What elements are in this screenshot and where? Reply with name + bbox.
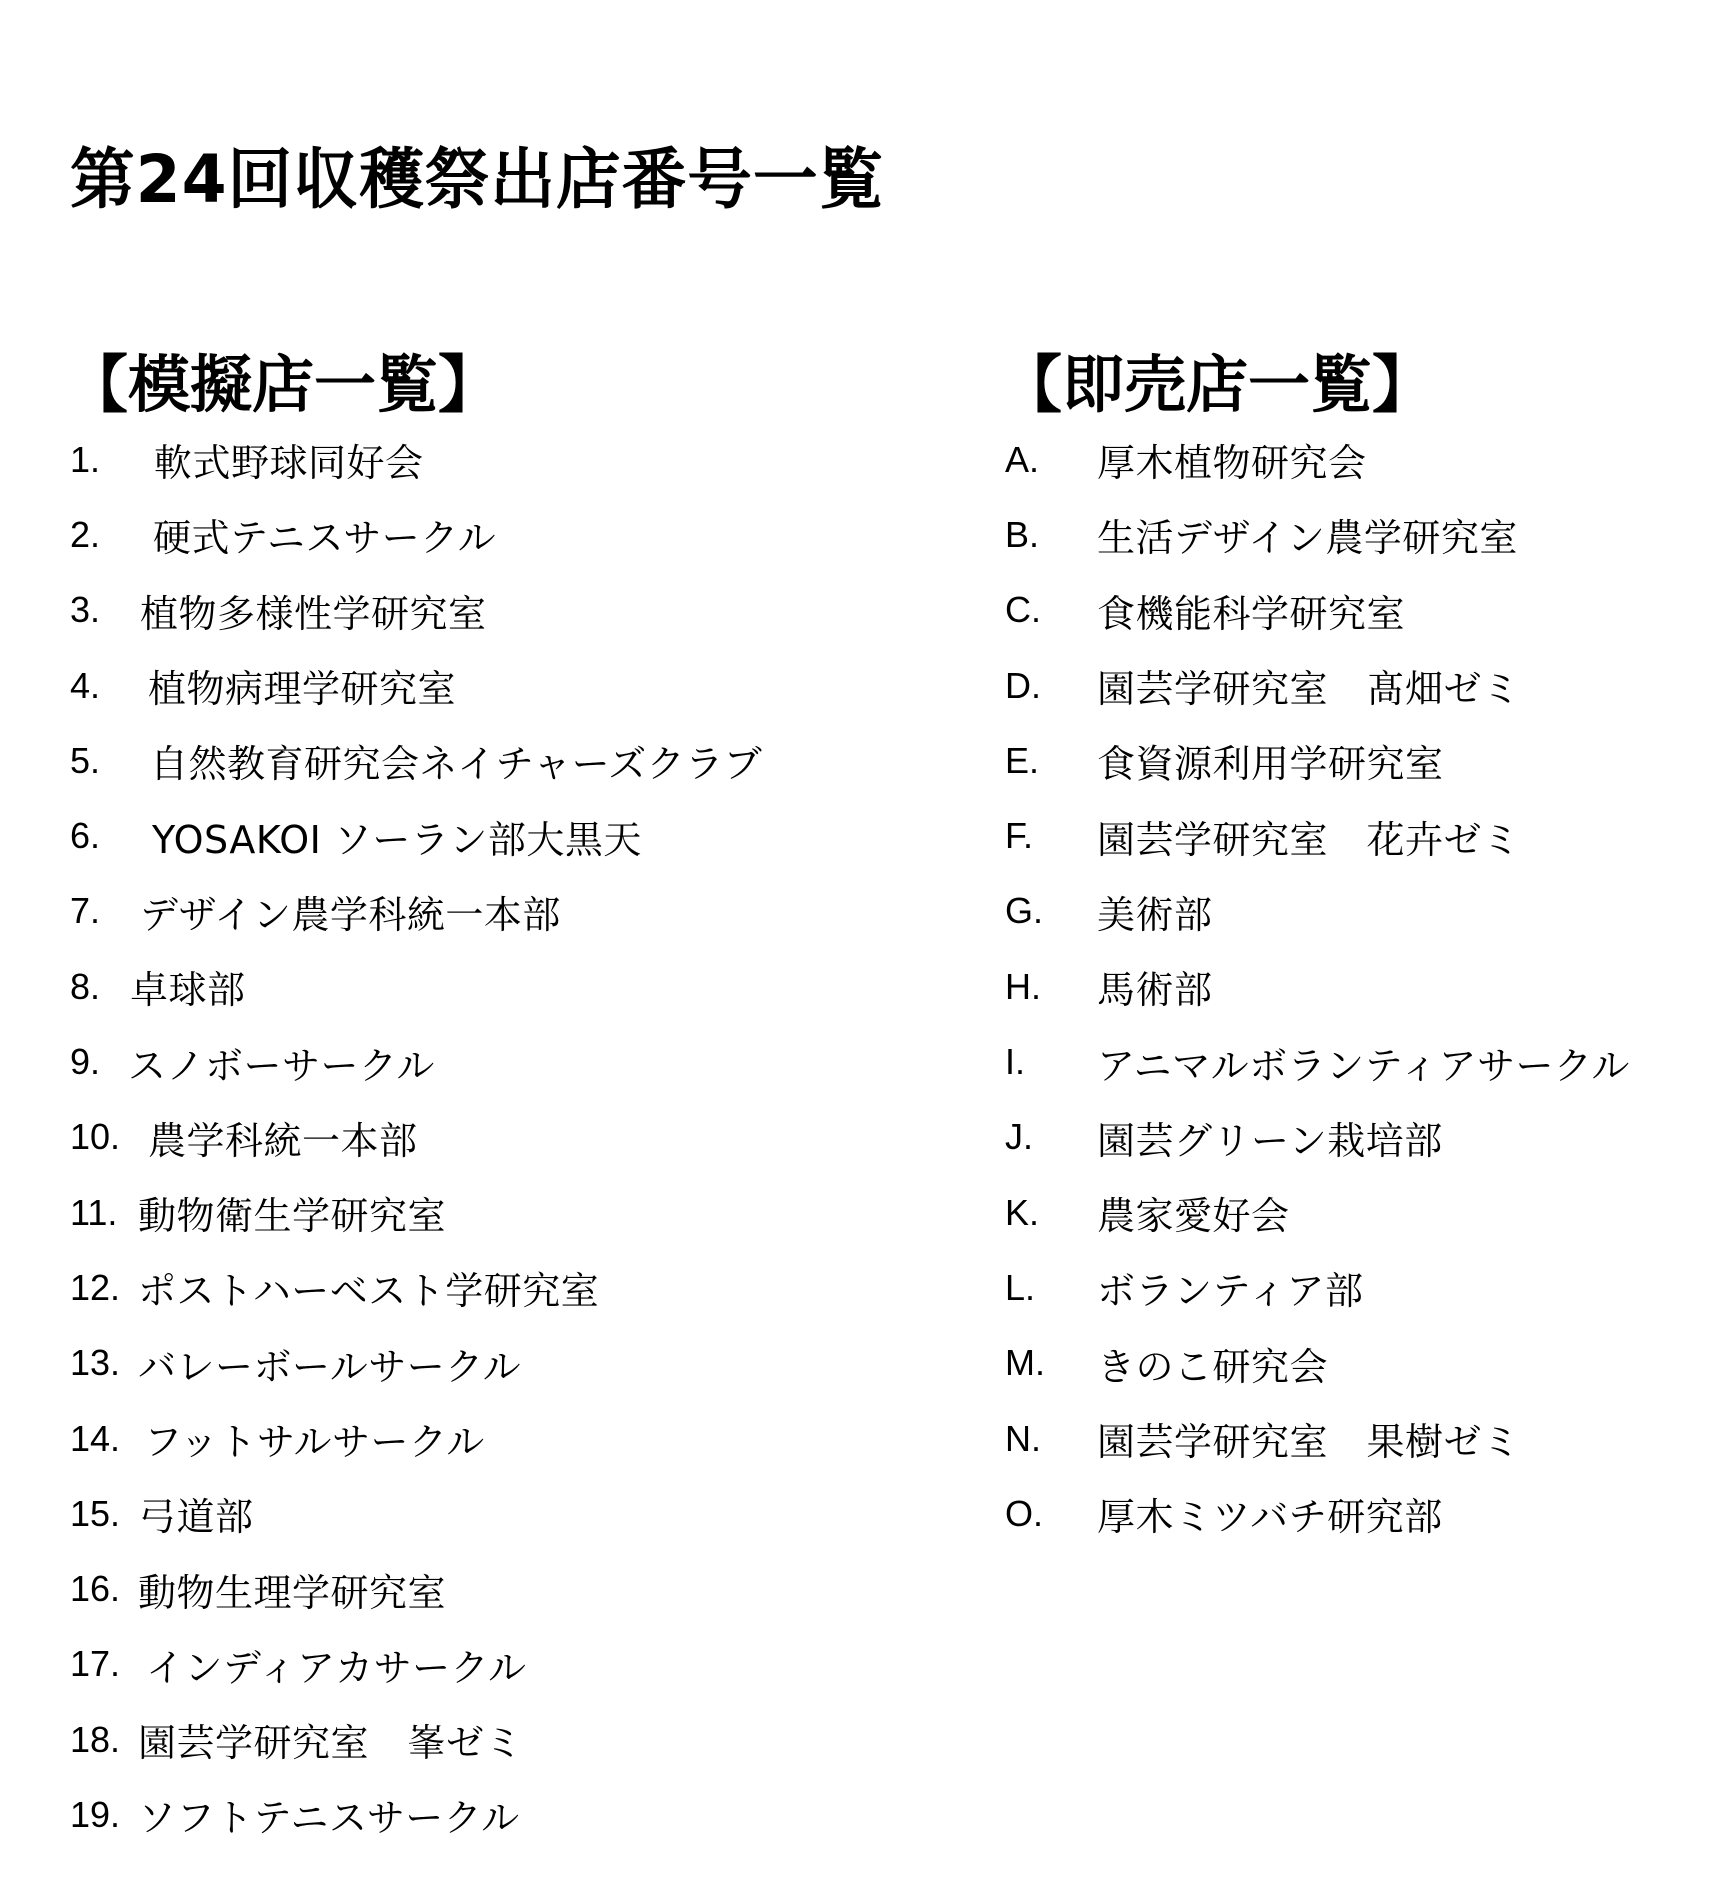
item-name: 植物病理学研究室 bbox=[148, 658, 456, 713]
list-item: 4.植物病理学研究室 bbox=[70, 648, 762, 723]
list-item: I.アニマルボランティアサークル bbox=[1005, 1024, 1630, 1099]
list-item: C.食機能科学研究室 bbox=[1005, 573, 1630, 648]
item-letter: L. bbox=[1005, 1267, 1097, 1309]
item-name: 卓球部 bbox=[130, 959, 246, 1014]
list-item: 17.インディアカサークル bbox=[70, 1627, 762, 1702]
list-item: 7.デザイン農学科統一本部 bbox=[70, 874, 762, 949]
list-item: 8.卓球部 bbox=[70, 949, 762, 1024]
item-name: YOSAKOI ソーラン部大黒天 bbox=[152, 809, 642, 864]
list-item: 2.硬式テニスサークル bbox=[70, 497, 762, 572]
item-number: 3. bbox=[70, 589, 138, 631]
item-name: きのこ研究会 bbox=[1097, 1336, 1328, 1391]
list-item: L.ボランティア部 bbox=[1005, 1250, 1630, 1325]
item-name: 園芸学研究室 髙畑ゼミ bbox=[1097, 658, 1521, 713]
list-item: 14.フットサルサークル bbox=[70, 1401, 762, 1476]
item-letter: K. bbox=[1005, 1192, 1097, 1234]
item-name: 食機能科学研究室 bbox=[1097, 583, 1405, 638]
item-name: フットサルサークル bbox=[144, 1411, 485, 1466]
item-name: 農家愛好会 bbox=[1097, 1185, 1290, 1240]
list-item: J.園芸グリーン栽培部 bbox=[1005, 1100, 1630, 1175]
item-letter: F. bbox=[1005, 815, 1097, 857]
page-title: 第24回収穫祭出店番号一覧 bbox=[70, 140, 884, 220]
mock-shops-list: 1.軟式野球同好会 2.硬式テニスサークル 3.植物多様性学研究室 4.植物病理… bbox=[70, 422, 762, 1853]
list-item: F.園芸学研究室 花卉ゼミ bbox=[1005, 798, 1630, 873]
item-number: 8. bbox=[70, 966, 130, 1008]
item-number: 7. bbox=[70, 890, 138, 932]
item-name: 硬式テニスサークル bbox=[153, 507, 496, 562]
list-item: N.園芸学研究室 果樹ゼミ bbox=[1005, 1401, 1630, 1476]
item-number: 13. bbox=[70, 1342, 138, 1384]
list-item: 1.軟式野球同好会 bbox=[70, 422, 762, 497]
item-name: ソフトテニスサークル bbox=[138, 1787, 520, 1842]
list-item: 16.動物生理学研究室 bbox=[70, 1551, 762, 1626]
list-item: 18.園芸学研究室 峯ゼミ bbox=[70, 1702, 762, 1777]
item-name: 生活デザイン農学研究室 bbox=[1097, 507, 1518, 562]
item-name: 食資源利用学研究室 bbox=[1097, 733, 1444, 788]
item-number: 5. bbox=[70, 740, 138, 782]
item-name: デザイン農学科統一本部 bbox=[140, 884, 561, 939]
item-letter: G. bbox=[1005, 890, 1097, 932]
item-name: 園芸学研究室 峯ゼミ bbox=[138, 1712, 523, 1767]
item-letter: C. bbox=[1005, 589, 1097, 631]
item-name: 植物多様性学研究室 bbox=[140, 583, 487, 638]
item-name: 動物衛生学研究室 bbox=[138, 1185, 446, 1240]
item-name: スノボーサークル bbox=[128, 1035, 435, 1090]
item-number: 10. bbox=[70, 1116, 138, 1158]
item-letter: O. bbox=[1005, 1493, 1097, 1535]
direct-sales-heading: 【即売店一覧】 bbox=[1000, 347, 1434, 423]
list-item: 11.動物衛生学研究室 bbox=[70, 1175, 762, 1250]
item-number: 1. bbox=[70, 439, 138, 481]
list-item: 15.弓道部 bbox=[70, 1476, 762, 1551]
list-item: E.食資源利用学研究室 bbox=[1005, 723, 1630, 798]
list-item: 13.バレーボールサークル bbox=[70, 1326, 762, 1401]
item-letter: M. bbox=[1005, 1342, 1097, 1384]
item-letter: E. bbox=[1005, 740, 1097, 782]
item-letter: I. bbox=[1005, 1041, 1097, 1083]
item-number: 17. bbox=[70, 1643, 138, 1685]
item-number: 15. bbox=[70, 1493, 138, 1535]
item-number: 6. bbox=[70, 815, 138, 857]
item-name: アニマルボランティアサークル bbox=[1097, 1035, 1630, 1090]
list-item: 12.ポストハーベスト学研究室 bbox=[70, 1250, 762, 1325]
item-letter: N. bbox=[1005, 1418, 1097, 1460]
direct-sales-list: A.厚木植物研究会 B.生活デザイン農学研究室 C.食機能科学研究室 D.園芸学… bbox=[1005, 422, 1630, 1551]
item-name: 園芸グリーン栽培部 bbox=[1097, 1110, 1443, 1165]
list-item: 3.植物多様性学研究室 bbox=[70, 573, 762, 648]
item-name: 美術部 bbox=[1097, 884, 1213, 939]
list-item: M.きのこ研究会 bbox=[1005, 1326, 1630, 1401]
item-name: 農学科統一本部 bbox=[148, 1110, 418, 1165]
list-item: A.厚木植物研究会 bbox=[1005, 422, 1630, 497]
list-item: O.厚木ミツバチ研究部 bbox=[1005, 1476, 1630, 1551]
item-number: 19. bbox=[70, 1794, 138, 1836]
list-item: K.農家愛好会 bbox=[1005, 1175, 1630, 1250]
item-letter: H. bbox=[1005, 966, 1097, 1008]
item-number: 18. bbox=[70, 1719, 138, 1761]
item-letter: A. bbox=[1005, 439, 1097, 481]
item-number: 12. bbox=[70, 1267, 138, 1309]
list-item: 19.ソフトテニスサークル bbox=[70, 1777, 762, 1852]
item-name: 動物生理学研究室 bbox=[138, 1562, 446, 1617]
item-letter: B. bbox=[1005, 514, 1097, 556]
list-item: 9.スノボーサークル bbox=[70, 1024, 762, 1099]
item-name: 厚木植物研究会 bbox=[1097, 432, 1367, 487]
item-name: 自然教育研究会ネイチャーズクラブ bbox=[150, 733, 762, 788]
item-number: 16. bbox=[70, 1568, 138, 1610]
item-name: バレーボールサークル bbox=[138, 1336, 521, 1391]
item-number: 11. bbox=[70, 1192, 138, 1234]
item-number: 2. bbox=[70, 514, 138, 556]
list-item: D.園芸学研究室 髙畑ゼミ bbox=[1005, 648, 1630, 723]
item-number: 9. bbox=[70, 1041, 128, 1083]
list-item: 10.農学科統一本部 bbox=[70, 1100, 762, 1175]
item-letter: D. bbox=[1005, 665, 1097, 707]
item-number: 14. bbox=[70, 1418, 138, 1460]
item-name: 園芸学研究室 花卉ゼミ bbox=[1097, 809, 1521, 864]
item-name: 園芸学研究室 果樹ゼミ bbox=[1097, 1411, 1521, 1466]
item-letter: J. bbox=[1005, 1116, 1097, 1158]
list-item: G.美術部 bbox=[1005, 874, 1630, 949]
item-name: ボランティア部 bbox=[1097, 1260, 1363, 1315]
item-number: 4. bbox=[70, 665, 138, 707]
list-item: 5.自然教育研究会ネイチャーズクラブ bbox=[70, 723, 762, 798]
list-item: B.生活デザイン農学研究室 bbox=[1005, 497, 1630, 572]
list-item: H.馬術部 bbox=[1005, 949, 1630, 1024]
list-item: 6.YOSAKOI ソーラン部大黒天 bbox=[70, 798, 762, 873]
item-name: 軟式野球同好会 bbox=[154, 432, 424, 487]
item-name: 弓道部 bbox=[138, 1486, 254, 1541]
item-name: インディアカサークル bbox=[146, 1637, 526, 1692]
item-name: 馬術部 bbox=[1097, 959, 1213, 1014]
item-name: 厚木ミツバチ研究部 bbox=[1097, 1486, 1443, 1541]
item-name: ポストハーベスト学研究室 bbox=[138, 1260, 599, 1315]
mock-shops-heading: 【模擬店一覧】 bbox=[66, 347, 500, 423]
